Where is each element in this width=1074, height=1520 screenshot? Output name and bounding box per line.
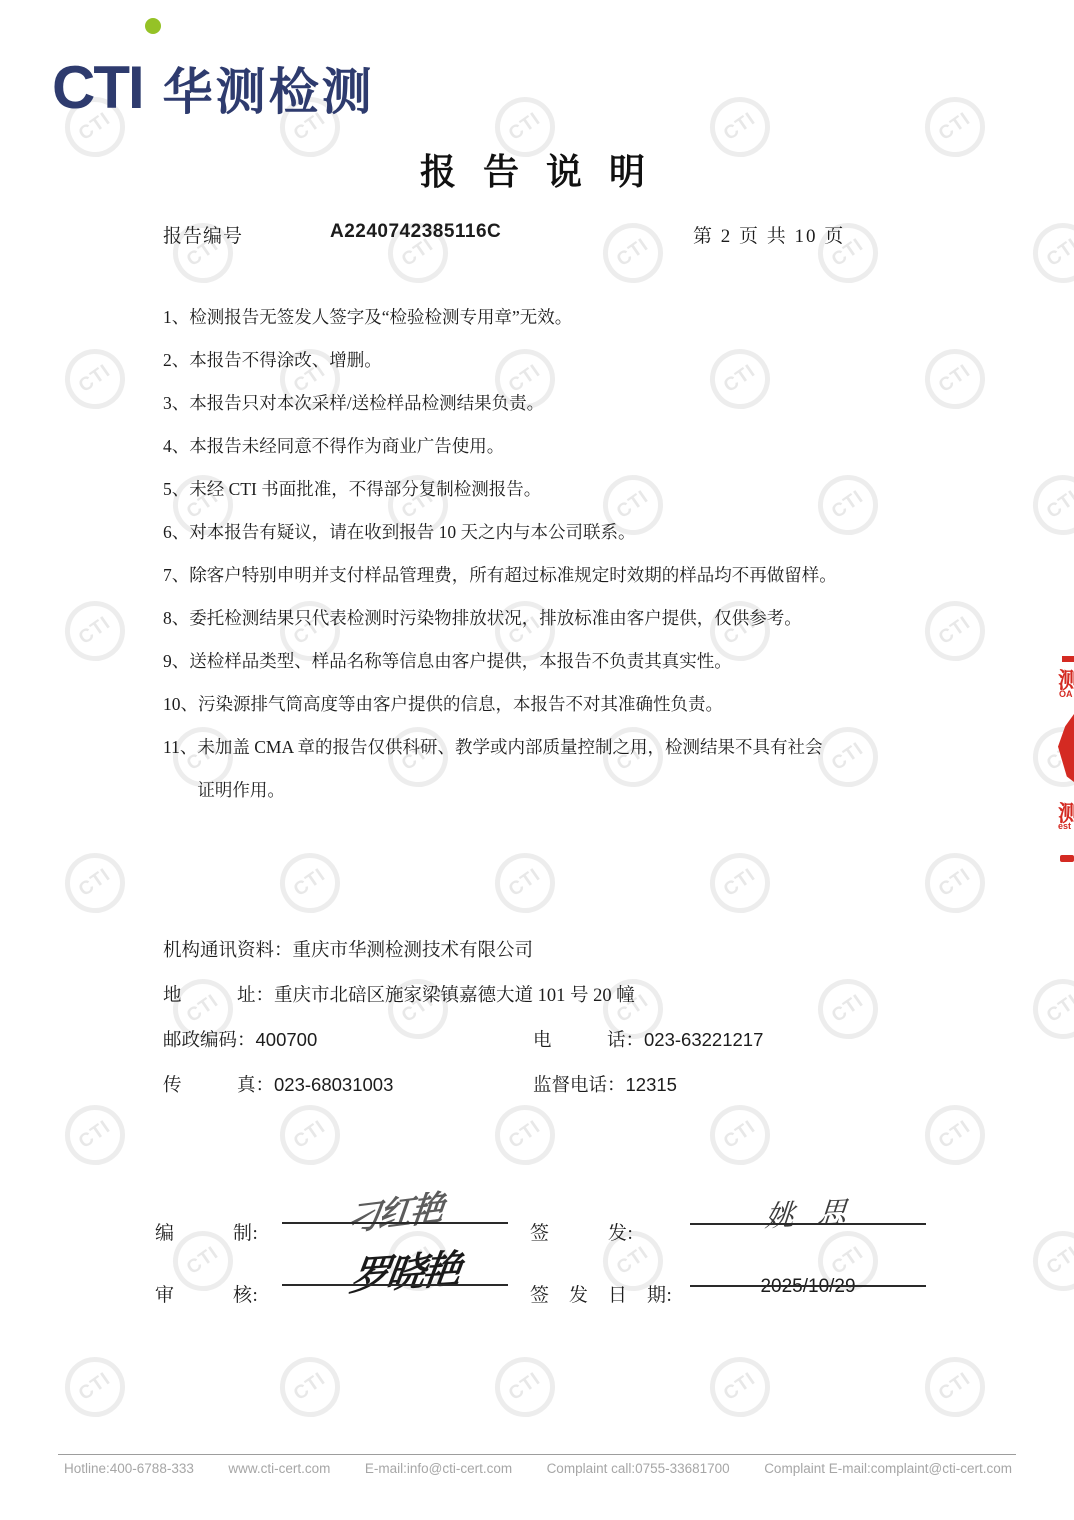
- cti-logo: CTI 华测检测: [52, 30, 375, 118]
- address-value: 重庆市北碚区施家梁镇嘉德大道 101 号 20 幢: [274, 986, 635, 1006]
- prepared-by-label: 编 制:: [155, 1218, 258, 1245]
- fax-label: 传 真：: [163, 1076, 274, 1096]
- reviewed-by-label: 审 核:: [155, 1280, 258, 1307]
- address-label: 地 址：: [163, 986, 274, 1006]
- reviewed-by-signature: 罗晓艳: [296, 1234, 513, 1305]
- stamp-text-fragment: OA: [1059, 689, 1073, 699]
- prepared-signature-line: [282, 1222, 508, 1224]
- reviewed-signature-line: [282, 1284, 508, 1286]
- contact-org-row: 机构通讯资料：重庆市华测检测技术有限公司: [163, 936, 1023, 981]
- report-meta-row: 报告编号 A2240742385116C 第 2 页 共 10 页: [0, 221, 1074, 247]
- report-notes-page: CTICTICTICTICTICTICTICTICTICTICTICTICTIC…: [0, 0, 1074, 1520]
- postcode-label: 邮政编码：: [163, 1031, 256, 1051]
- issue-date-value: 2025/10/29: [690, 1276, 926, 1298]
- notes-list: 1、检测报告无签发人签字及“检验检测专用章”无效。 2、本报告不得涂改、增删。 …: [163, 306, 1015, 822]
- note-item: 10、污染源排气筒高度等由客户提供的信息，本报告不对其准确性负责。: [163, 693, 1015, 715]
- page-indicator: 第 2 页 共 10 页: [693, 221, 845, 248]
- org-label: 机构通讯资料：: [163, 941, 293, 961]
- footer-complaint-call: Complaint call:0755-33681700: [547, 1461, 730, 1476]
- supervision-label: 监督电话：: [533, 1076, 626, 1096]
- note-item: 3、本报告只对本次采样/送检样品检测结果负责。: [163, 392, 1015, 414]
- note-item: 6、对本报告有疑议，请在收到报告 10 天之内与本公司联系。: [163, 521, 1015, 543]
- issued-by-label: 签 发:: [530, 1218, 633, 1245]
- note-item: 1、检测报告无签发人签字及“检验检测专用章”无效。: [163, 306, 1015, 328]
- supervision-value: 12315: [626, 1074, 677, 1095]
- note-item: 8、委托检测结果只代表检测时污染物排放状况，排放标准由客户提供，仅供参考。: [163, 607, 1015, 629]
- stamp-checkmark-fragment-icon: [1058, 714, 1074, 782]
- issued-signature-line: [690, 1223, 926, 1225]
- stamp-text-fragment: est: [1058, 821, 1071, 831]
- contact-postcode-phone-row: 邮政编码：400700 电 话：023-63221217: [163, 1026, 1023, 1071]
- page-content: CTI 华测检测 报 告 说 明 报告编号 A2240742385116C 第 …: [0, 0, 1074, 1520]
- footer-email: E-mail:info@cti-cert.com: [365, 1461, 512, 1476]
- fax-value: 023-68031003: [274, 1074, 393, 1095]
- footer-divider: [58, 1454, 1016, 1455]
- note-item: 5、未经 CTI 书面批准，不得部分复制检测报告。: [163, 478, 1015, 500]
- note-item: 9、送检样品类型、样品名称等信息由客户提供，本报告不负责其真实性。: [163, 650, 1015, 672]
- note-item: 11、未加盖 CMA 章的报告仅供科研、教学或内部质量控制之用，检测结果不具有社…: [163, 736, 1015, 801]
- org-value: 重庆市华测检测技术有限公司: [293, 941, 534, 961]
- note-item: 7、除客户特别申明并支付样品管理费，所有超过标准规定时效期的样品均不再做留样。: [163, 564, 1015, 586]
- phone-label: 电 话：: [533, 1031, 644, 1051]
- red-stamp-fragment: 测 OA 测 est: [1056, 650, 1074, 870]
- issue-date-label: 签 发 日 期:: [530, 1280, 672, 1307]
- footer: Hotline:400-6788-333 www.cti-cert.com E-…: [64, 1461, 1012, 1476]
- logo-green-dot-icon: [145, 18, 161, 34]
- note-item: 4、本报告未经同意不得作为商业广告使用。: [163, 435, 1015, 457]
- note-item: 2、本报告不得涂改、增删。: [163, 349, 1015, 371]
- page-title: 报 告 说 明: [0, 144, 1074, 195]
- postcode-value: 400700: [256, 1029, 318, 1050]
- stamp-bar-icon: [1060, 855, 1074, 862]
- footer-website: www.cti-cert.com: [228, 1461, 330, 1476]
- issue-date-line: [690, 1285, 926, 1287]
- contact-address-row: 地 址：重庆市北碚区施家梁镇嘉德大道 101 号 20 幢: [163, 981, 1023, 1026]
- footer-complaint-email: Complaint E-mail:complaint@cti-cert.com: [764, 1461, 1012, 1476]
- contact-fax-supervision-row: 传 真：023-68031003 监督电话：12315: [163, 1071, 1023, 1116]
- signature-block: 编 制: 签 发: 审 核: 签 发 日 期: 刁红艳 姚 思 罗晓艳 2025…: [0, 1190, 1074, 1330]
- footer-hotline: Hotline:400-6788-333: [64, 1461, 194, 1476]
- contact-block: 机构通讯资料：重庆市华测检测技术有限公司 地 址：重庆市北碚区施家梁镇嘉德大道 …: [163, 936, 1023, 1116]
- report-number-label: 报告编号: [163, 221, 243, 248]
- issued-by-signature: 姚 思: [698, 1186, 921, 1239]
- report-number-value: A2240742385116C: [330, 221, 501, 243]
- cti-logo-chinese: 华测检测: [163, 66, 375, 119]
- phone-value: 023-63221217: [644, 1029, 763, 1050]
- stamp-bar-icon: [1062, 656, 1074, 662]
- cti-logo-text: CTI: [52, 58, 143, 118]
